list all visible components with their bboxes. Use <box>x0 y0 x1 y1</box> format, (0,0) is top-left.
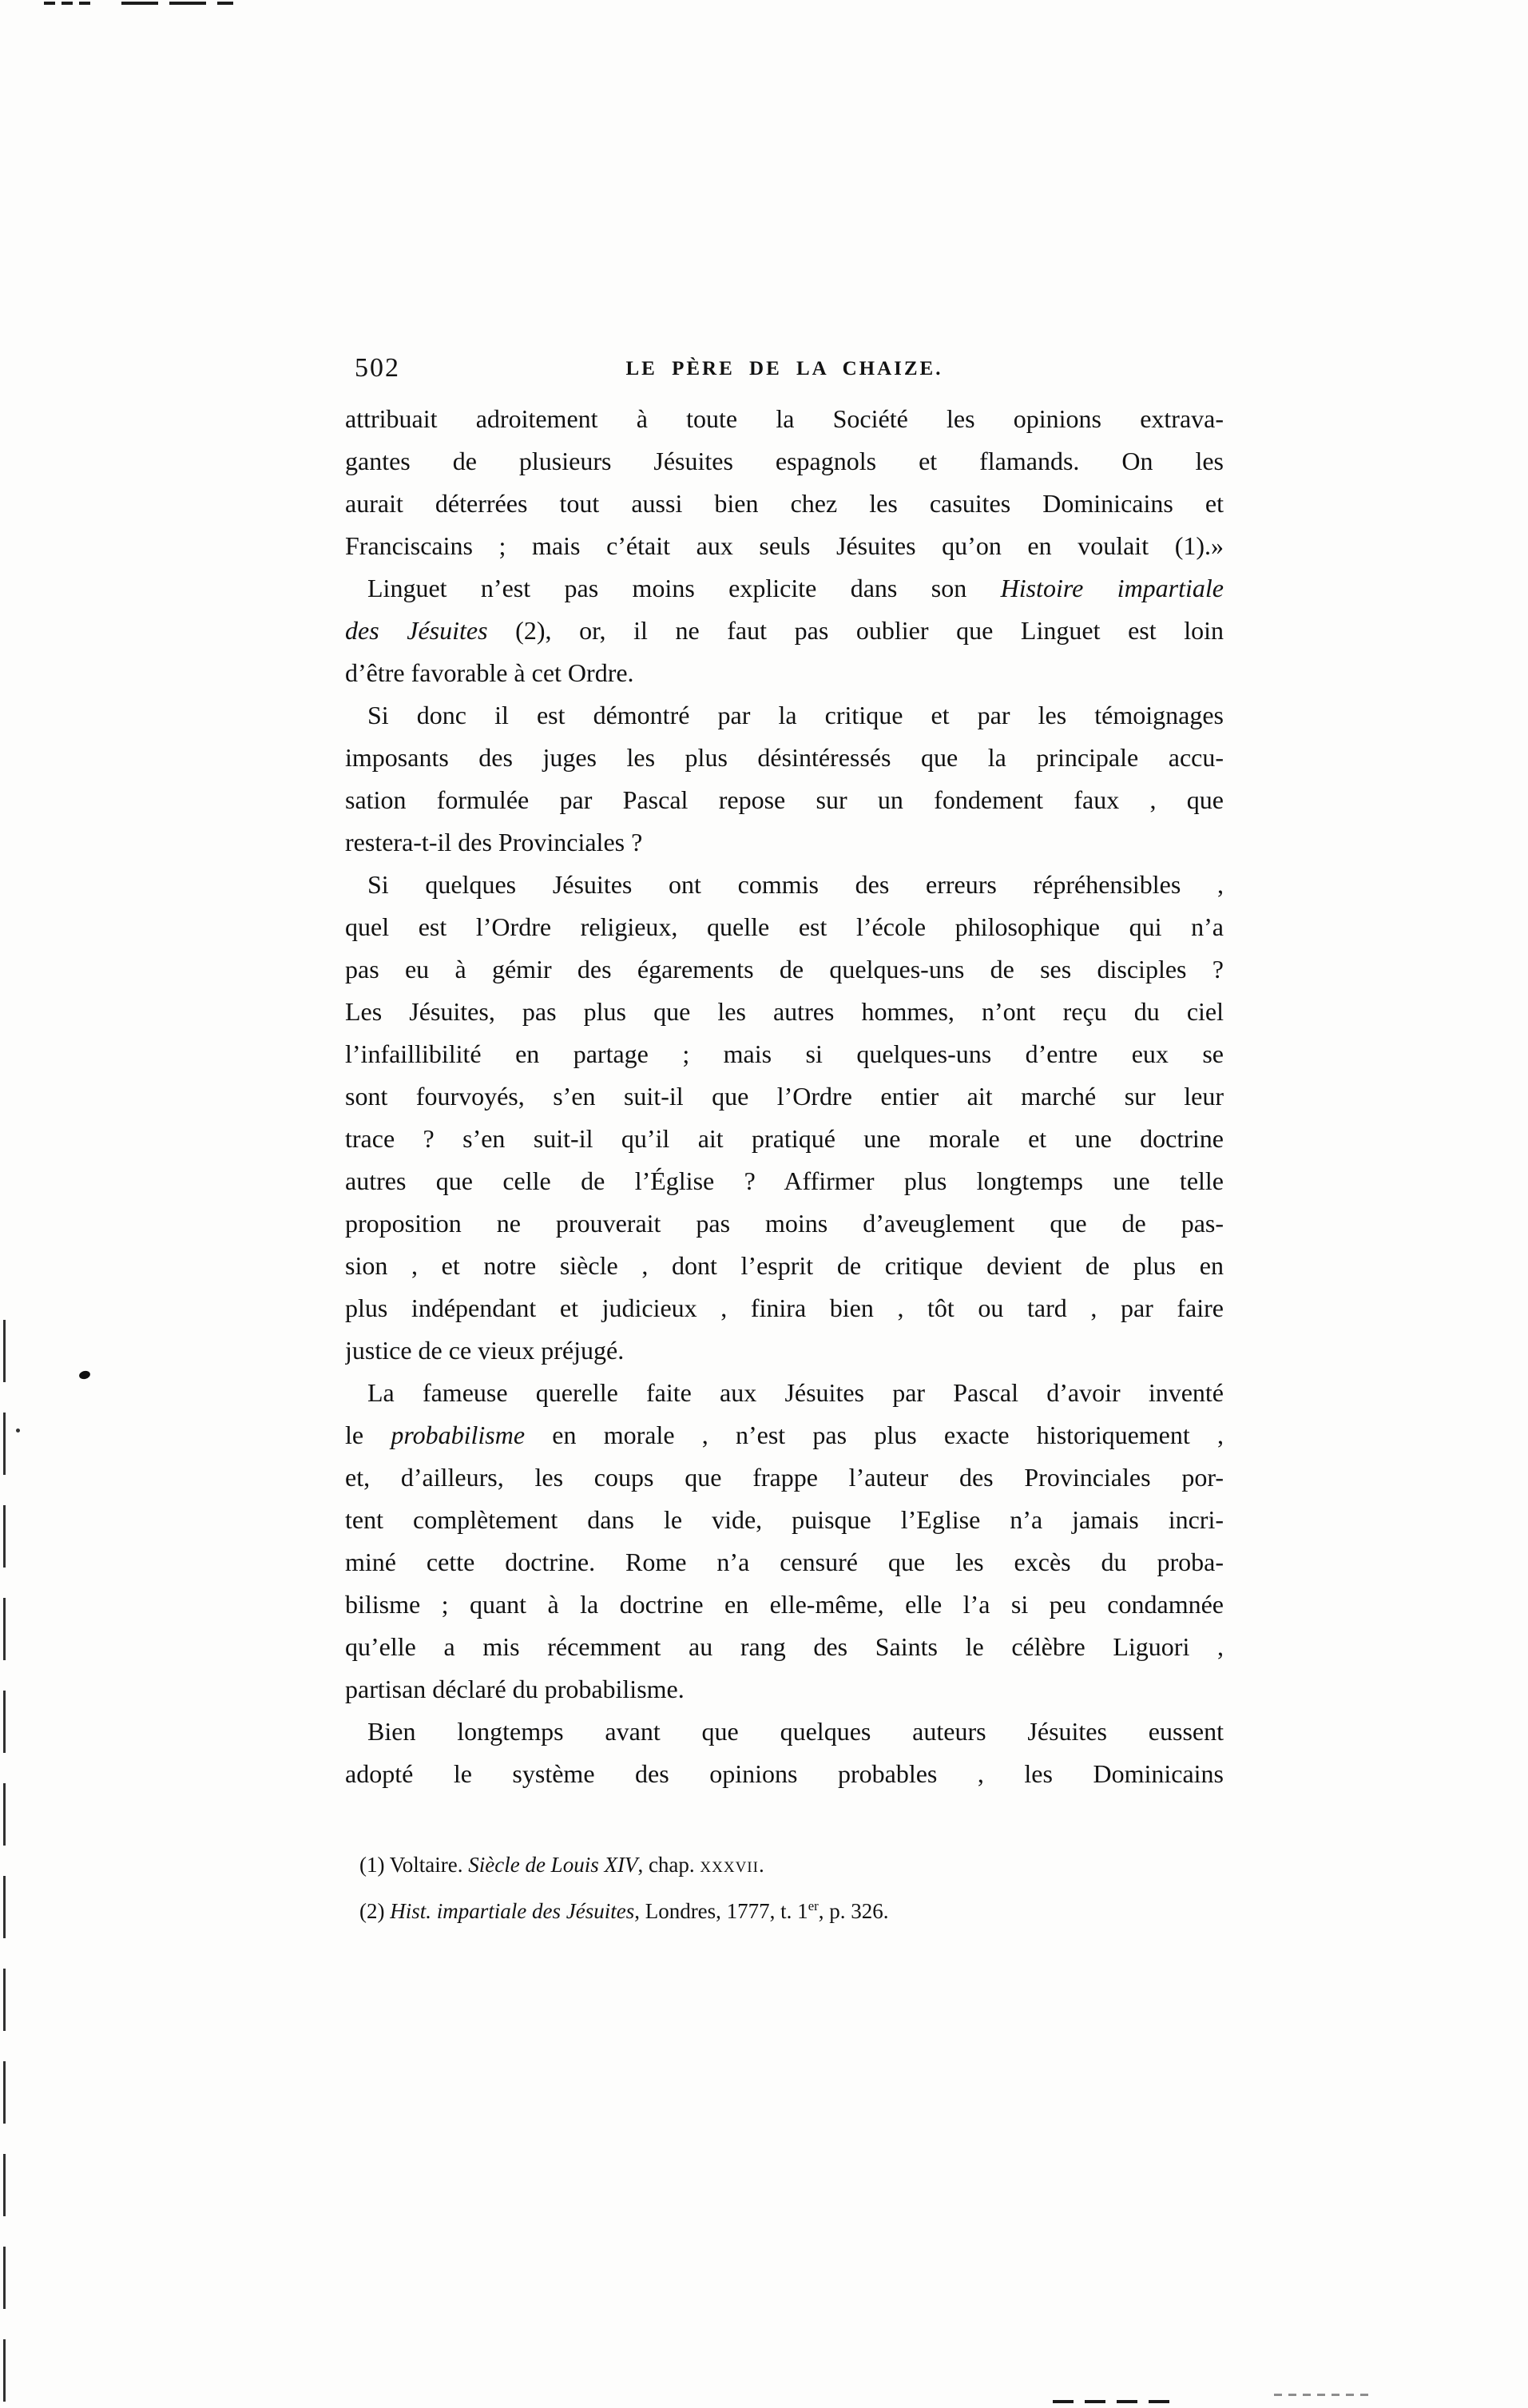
scan-artifact-ink-dot <box>16 1429 20 1432</box>
footnote-line: (1) Voltaire. Siècle de Louis XIV, chap.… <box>345 1844 1224 1885</box>
text-line: pas eu à gémir des égarements de quelque… <box>345 948 1224 991</box>
scan-artifact-bottom-dashes <box>1274 2394 1368 2396</box>
text-line: plus indépendant et judicieux , finira b… <box>345 1287 1224 1329</box>
text-line: restera-t-il des Provinciales ? <box>345 821 1224 864</box>
text-segment: Siècle de Louis XIV <box>468 1853 637 1877</box>
text-line: autres que celle de l’Église ? Affirmer … <box>345 1160 1224 1202</box>
text-segment: gantes de plusieurs Jésuites espagnols e… <box>345 447 1224 475</box>
page-number: 502 <box>355 353 400 383</box>
text-segment: adopté le système des opinions probables… <box>345 1759 1224 1788</box>
text-segment: sation formulée par Pascal repose sur un… <box>345 785 1224 814</box>
scan-artifact-top-dashes <box>44 2 97 5</box>
text-line: partisan déclaré du probabilisme. <box>345 1668 1224 1711</box>
text-line: justice de ce vieux préjugé. <box>345 1329 1224 1372</box>
text-segment: le <box>345 1421 391 1449</box>
scan-artifact-bottom-dashes <box>1053 2400 1173 2403</box>
text-line: Si quelques Jésuites ont commis des erre… <box>345 864 1224 906</box>
text-segment: (1) Voltaire. <box>359 1853 468 1877</box>
text-segment: , chap. <box>637 1853 700 1877</box>
text-segment: partisan déclaré du probabilisme. <box>345 1675 685 1703</box>
text-segment: er <box>808 1898 819 1913</box>
body-text: attribuait adroitement à toute la Sociét… <box>345 398 1224 1795</box>
text-segment: , p. 326. <box>819 1899 889 1923</box>
footnotes: (1) Voltaire. Siècle de Louis XIV, chap.… <box>345 1844 1224 1932</box>
text-line: quel est l’Ordre religieux, quelle est l… <box>345 906 1224 948</box>
text-line: gantes de plusieurs Jésuites espagnols e… <box>345 440 1224 483</box>
text-segment: l’infaillibilité en partage ; mais si qu… <box>345 1039 1224 1068</box>
scan-artifact-left-edge-line <box>3 1320 6 2408</box>
text-segment: (2) <box>359 1899 390 1923</box>
text-segment: Hist. impartiale des Jésuites <box>390 1899 634 1923</box>
text-line: Les Jésuites, pas plus que les autres ho… <box>345 991 1224 1033</box>
text-segment: et, d’ailleurs, les coups que frappe l’a… <box>345 1463 1224 1492</box>
text-segment: sion , et notre siècle , dont l’esprit d… <box>345 1251 1224 1280</box>
text-line: Franciscains ; mais c’était aux seuls Jé… <box>345 525 1224 567</box>
book-page: 502 LE PÈRE DE LA CHAIZE. attribuait adr… <box>0 0 1528 2408</box>
scan-artifact-ink-blob <box>78 1369 91 1380</box>
text-line: sion , et notre siècle , dont l’esprit d… <box>345 1245 1224 1287</box>
text-segment: tent complètement dans le vide, puisque … <box>345 1505 1224 1534</box>
text-segment: Histoire impartiale <box>1001 574 1224 602</box>
text-line: Linguet n’est pas moins explicite dans s… <box>345 567 1224 610</box>
scan-artifact-top-dashes <box>121 2 233 5</box>
text-line: La fameuse querelle faite aux Jésuites p… <box>345 1372 1224 1414</box>
text-segment: pas eu à gémir des égarements de quelque… <box>345 955 1224 983</box>
text-segment: quel est l’Ordre religieux, quelle est l… <box>345 912 1224 941</box>
text-segment: attribuait adroitement à toute la Sociét… <box>345 404 1224 433</box>
text-segment: des Jésuites <box>345 616 488 645</box>
text-line: d’être favorable à cet Ordre. <box>345 652 1224 694</box>
text-line: tent complètement dans le vide, puisque … <box>345 1499 1224 1541</box>
text-segment: Franciscains ; mais c’était aux seuls Jé… <box>345 531 1224 560</box>
text-line: qu’elle a mis récemment au rang des Sain… <box>345 1626 1224 1668</box>
text-line: trace ? s’en suit-il qu’il ait pratiqué … <box>345 1118 1224 1160</box>
text-segment: trace ? s’en suit-il qu’il ait pratiqué … <box>345 1124 1224 1153</box>
text-segment: . <box>759 1853 764 1877</box>
text-segment: plus indépendant et judicieux , finira b… <box>345 1293 1224 1322</box>
text-segment: sont fourvoyés, s’en suit-il que l’Ordre… <box>345 1082 1224 1111</box>
text-segment: (2), or, il ne faut pas oublier que Ling… <box>488 616 1224 645</box>
text-segment: en morale , n’est pas plus exacte histor… <box>525 1421 1224 1449</box>
text-line: bilisme ; quant à la doctrine en elle-mê… <box>345 1583 1224 1626</box>
text-segment: d’être favorable à cet Ordre. <box>345 658 634 687</box>
text-segment: Bien longtemps avant que quelques auteur… <box>367 1717 1224 1746</box>
text-segment: Linguet n’est pas moins explicite dans s… <box>367 574 1001 602</box>
text-segment: Si donc il est démontré par la critique … <box>367 701 1224 729</box>
text-segment: Les Jésuites, pas plus que les autres ho… <box>345 997 1224 1026</box>
page-header: 502 LE PÈRE DE LA CHAIZE. <box>345 353 1224 388</box>
text-segment: qu’elle a mis récemment au rang des Sain… <box>345 1632 1224 1661</box>
text-segment: xxxvii <box>700 1853 759 1877</box>
text-line: des Jésuites (2), or, il ne faut pas oub… <box>345 610 1224 652</box>
text-line: Si donc il est démontré par la critique … <box>345 694 1224 737</box>
text-line: aurait déterrées tout aussi bien chez le… <box>345 483 1224 525</box>
text-line: sation formulée par Pascal repose sur un… <box>345 779 1224 821</box>
text-line: l’infaillibilité en partage ; mais si qu… <box>345 1033 1224 1075</box>
text-segment: La fameuse querelle faite aux Jésuites p… <box>367 1378 1224 1407</box>
text-line: et, d’ailleurs, les coups que frappe l’a… <box>345 1456 1224 1499</box>
text-segment: , Londres, 1777, t. 1 <box>634 1899 808 1923</box>
text-segment: restera-t-il des Provinciales ? <box>345 828 642 856</box>
text-segment: Si quelques Jésuites ont commis des erre… <box>367 870 1224 899</box>
text-segment: proposition ne prouverait pas moins d’av… <box>345 1209 1224 1238</box>
text-segment: justice de ce vieux préjugé. <box>345 1336 624 1365</box>
text-segment: autres que celle de l’Église ? Affirmer … <box>345 1166 1224 1195</box>
text-line: sont fourvoyés, s’en suit-il que l’Ordre… <box>345 1075 1224 1118</box>
text-line: imposants des juges les plus désintéress… <box>345 737 1224 779</box>
text-line: le probabilisme en morale , n’est pas pl… <box>345 1414 1224 1456</box>
text-segment: miné cette doctrine. Rome n’a censuré qu… <box>345 1548 1224 1576</box>
text-line: Bien longtemps avant que quelques auteur… <box>345 1711 1224 1753</box>
text-segment: bilisme ; quant à la doctrine en elle-mê… <box>345 1590 1224 1619</box>
text-line: proposition ne prouverait pas moins d’av… <box>345 1202 1224 1245</box>
text-line: adopté le système des opinions probables… <box>345 1753 1224 1795</box>
text-line: miné cette doctrine. Rome n’a censuré qu… <box>345 1541 1224 1583</box>
text-segment: probabilisme <box>391 1421 525 1449</box>
text-segment: imposants des juges les plus désintéress… <box>345 743 1224 772</box>
text-segment: aurait déterrées tout aussi bien chez le… <box>345 489 1224 518</box>
text-line: attribuait adroitement à toute la Sociét… <box>345 398 1224 440</box>
footnote-line: (2) Hist. impartiale des Jésuites, Londr… <box>345 1885 1224 1932</box>
running-title: LE PÈRE DE LA CHAIZE. <box>345 353 1224 380</box>
